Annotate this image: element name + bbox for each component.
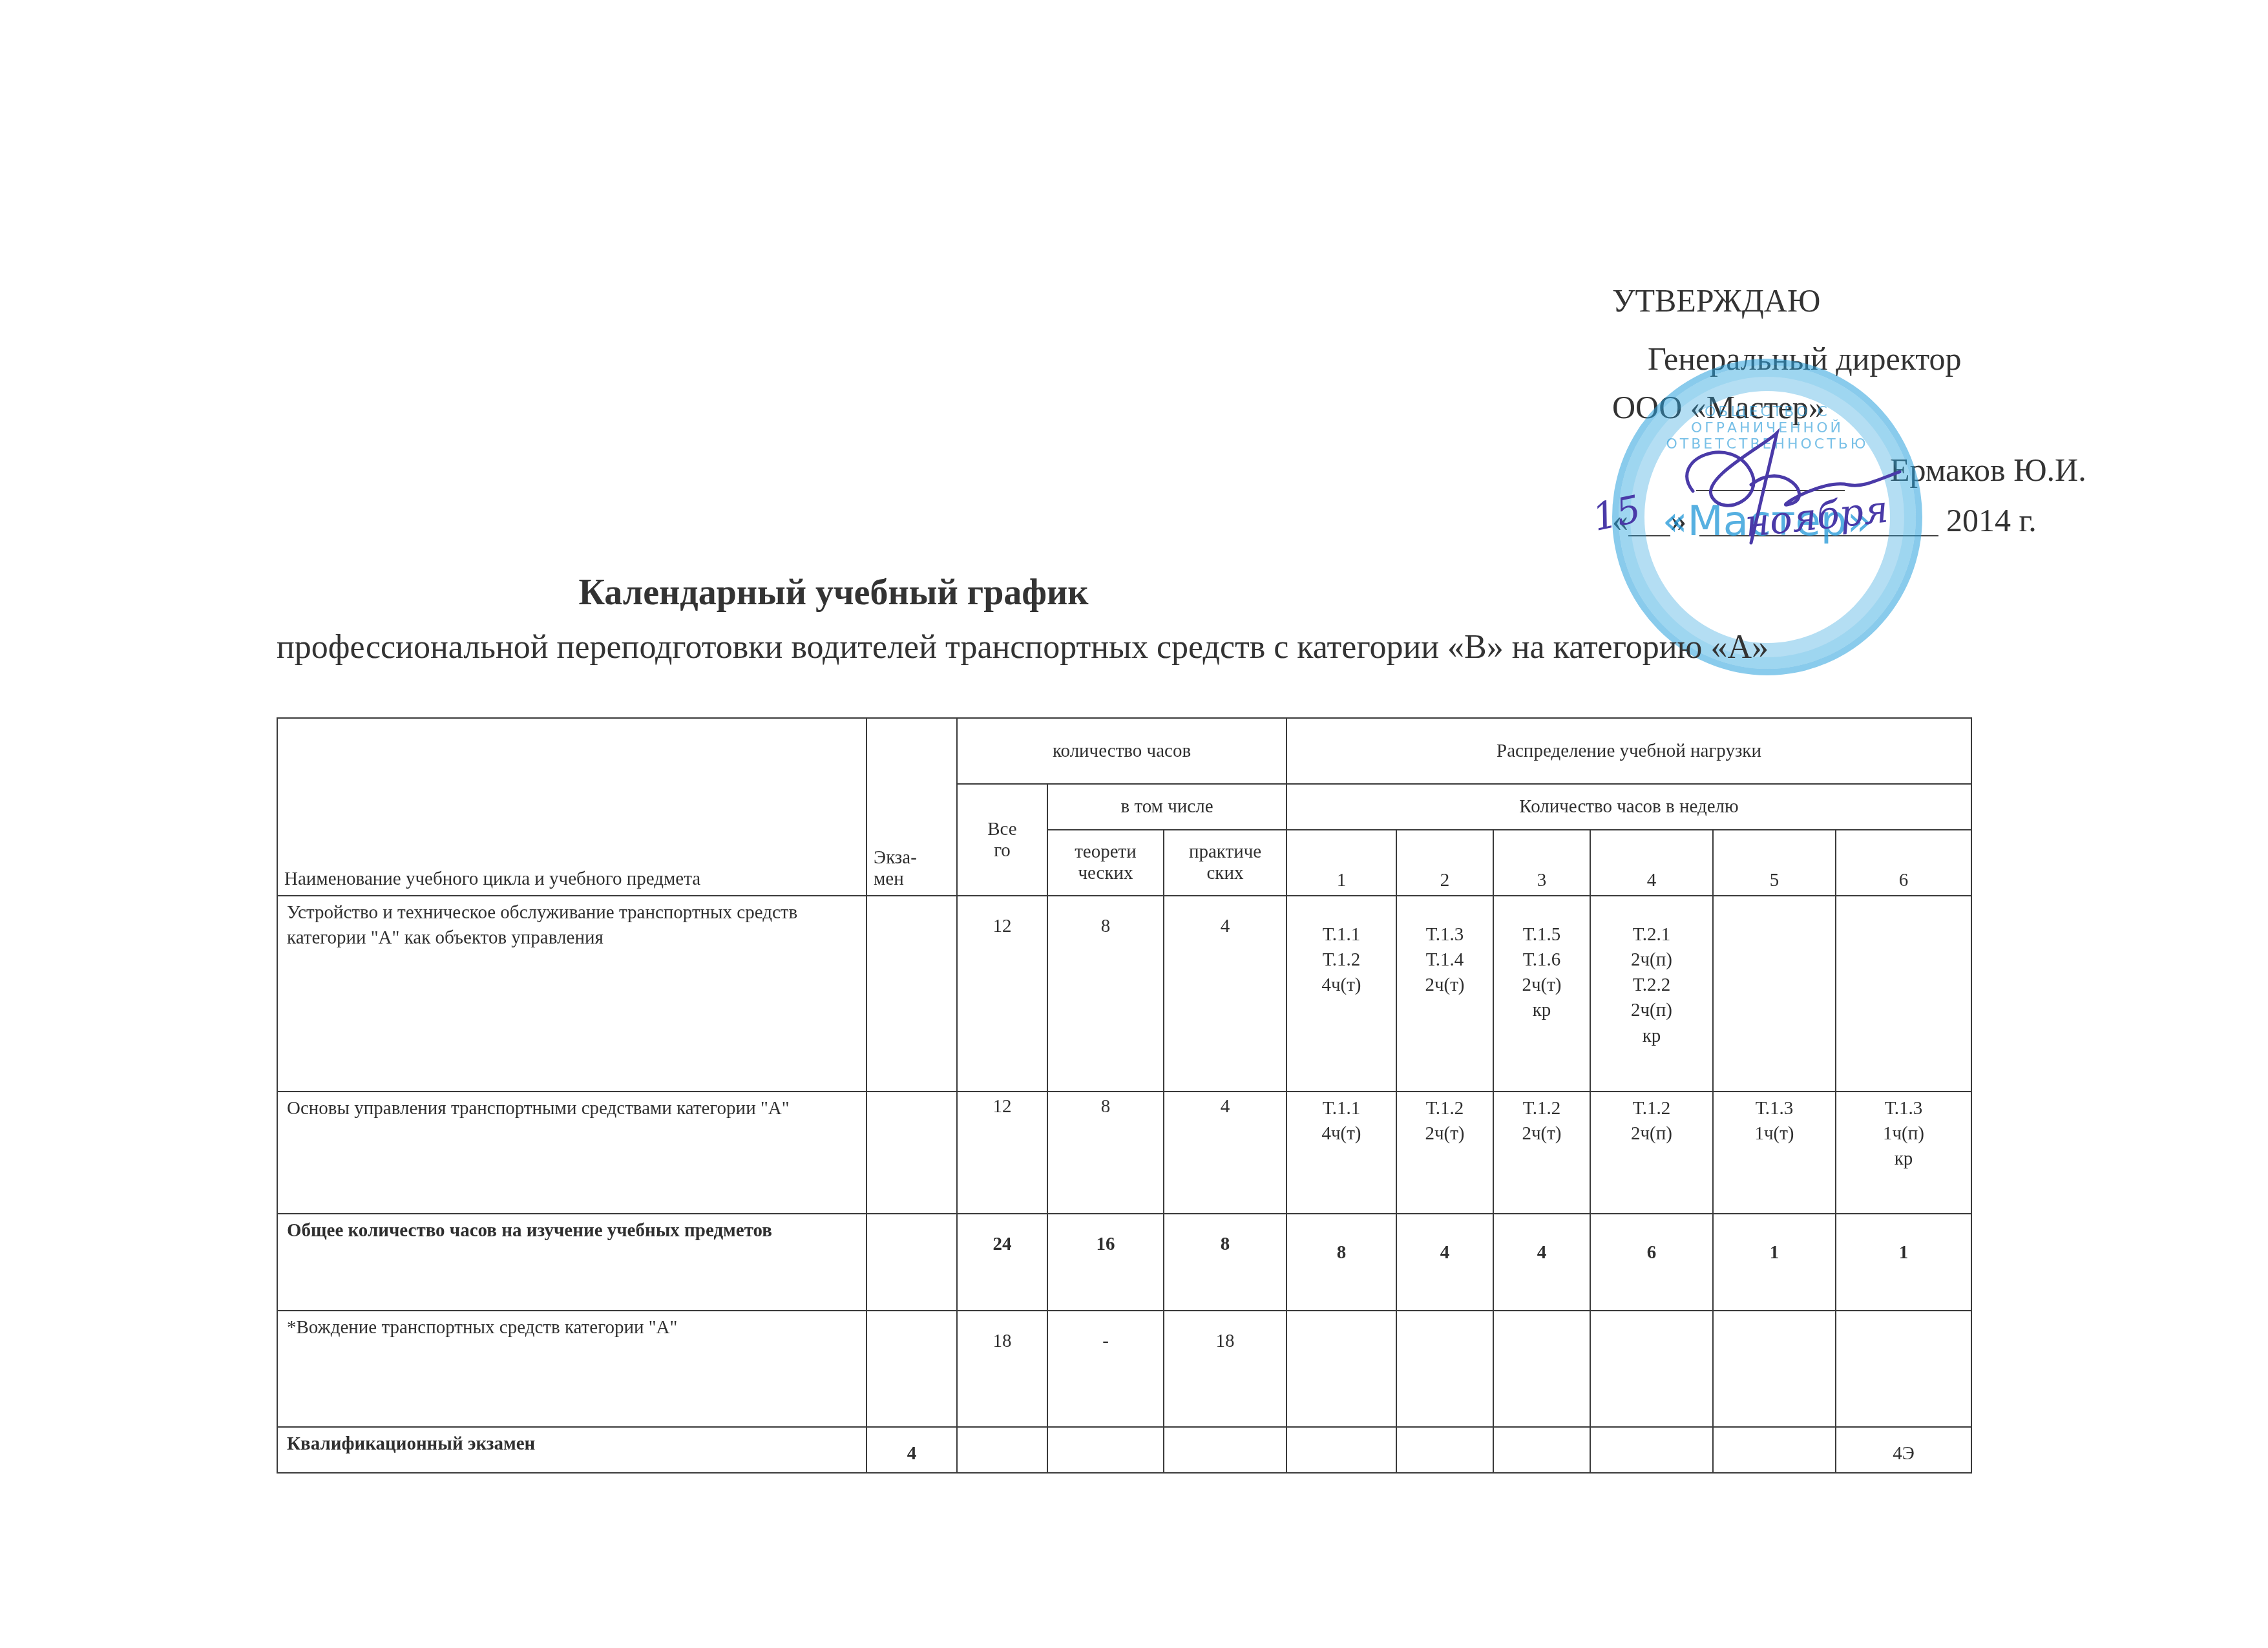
week-entry: 8 — [1287, 1240, 1396, 1265]
row-week-1: Т.1.14ч(т) — [1286, 1092, 1396, 1214]
table-row: Устройство и техническое обслуживание тр… — [277, 896, 1971, 1092]
table-row: Квалификационный экзамен44Э — [277, 1427, 1971, 1473]
week-entry: Т.1.3 — [1714, 1096, 1835, 1121]
row-week-4: 6 — [1590, 1214, 1713, 1311]
row-theory — [1047, 1427, 1164, 1473]
row-week-2: Т.1.22ч(т) — [1396, 1092, 1493, 1214]
row-week-5 — [1713, 1311, 1836, 1427]
row-week-6: 1 — [1836, 1214, 1971, 1311]
row-week-4 — [1590, 1311, 1713, 1427]
week-entry: 4 — [1397, 1240, 1493, 1265]
row-total: 12 — [957, 896, 1047, 1092]
row-exam — [866, 1311, 957, 1427]
approval-title: УТВЕРЖДАЮ — [1612, 284, 1820, 317]
week-entry: 2ч(т) — [1494, 1121, 1590, 1146]
week-entry: Т.2.1 — [1591, 922, 1712, 947]
approval-signatory: Ермаков Ю.И. — [1890, 454, 2086, 486]
table-row: Общее количество часов на изучение учебн… — [277, 1214, 1971, 1311]
week-entry: Т.1.3 — [1836, 1096, 1971, 1121]
row-week-4 — [1590, 1427, 1713, 1473]
date-close-quote: » — [1670, 504, 1686, 536]
date-day-line — [1628, 507, 1670, 536]
week-entry: Т.2.2 — [1591, 973, 1712, 998]
week-entry: 1ч(т) — [1714, 1121, 1835, 1146]
schedule-table: Наименование учебного цикла и учебного п… — [277, 717, 1972, 1474]
week-entry: Т.1.4 — [1397, 947, 1493, 973]
approval-date: «»2014 г. — [1612, 504, 2037, 536]
week-entry: 1 — [1714, 1240, 1835, 1265]
week-entry: кр — [1591, 1024, 1712, 1049]
table-row: Основы управления транспортными средства… — [277, 1092, 1971, 1214]
header-subject: Наименование учебного цикла и учебного п… — [277, 718, 866, 896]
row-exam — [866, 896, 957, 1092]
week-entry: 2ч(т) — [1494, 973, 1590, 998]
row-theory: - — [1047, 1311, 1164, 1427]
row-exam — [866, 1214, 957, 1311]
approval-role: Генеральный директор — [1648, 343, 1961, 375]
row-theory: 8 — [1047, 896, 1164, 1092]
row-subject: Основы управления транспортными средства… — [277, 1092, 866, 1214]
table-row: *Вождение транспортных средств категории… — [277, 1311, 1971, 1427]
row-week-3: 4 — [1493, 1214, 1590, 1311]
week-entry: Т.1.1 — [1287, 922, 1396, 947]
signature-line — [1696, 490, 1845, 491]
week-entry: Т.1.3 — [1397, 922, 1493, 947]
row-subject: Общее количество часов на изучение учебн… — [277, 1214, 866, 1311]
week-entry: 4Э — [1893, 1443, 1915, 1464]
week-entry: Т.1.1 — [1287, 1096, 1396, 1121]
header-hours-per-week: Количество часов в неделю — [1286, 784, 1971, 830]
row-week-1: 8 — [1286, 1214, 1396, 1311]
date-year: 2014 г. — [1946, 502, 2037, 538]
approval-organization: ООО «Мастер» — [1612, 391, 1825, 423]
row-practice: 4 — [1164, 896, 1286, 1092]
week-entry: Т.1.2 — [1397, 1096, 1493, 1121]
row-week-5 — [1713, 896, 1836, 1092]
row-week-5: Т.1.31ч(т) — [1713, 1092, 1836, 1214]
header-practice: практиче ских — [1164, 830, 1286, 896]
header-week-1: 1 — [1286, 830, 1396, 896]
header-including: в том числе — [1047, 784, 1286, 830]
week-entry: Т.1.2 — [1591, 1096, 1712, 1121]
week-entry: 2ч(т) — [1397, 973, 1493, 998]
week-entry: Т.1.6 — [1494, 947, 1590, 973]
header-week-5: 5 — [1713, 830, 1836, 896]
row-week-1 — [1286, 1311, 1396, 1427]
row-practice: 8 — [1164, 1214, 1286, 1311]
row-week-2: 4 — [1396, 1214, 1493, 1311]
week-entry: Т.1.5 — [1494, 922, 1590, 947]
week-entry: 4ч(т) — [1287, 973, 1396, 998]
week-entry: кр — [1836, 1146, 1971, 1172]
week-entry: 2ч(п) — [1591, 947, 1712, 973]
row-total: 12 — [957, 1092, 1047, 1214]
row-total: 18 — [957, 1311, 1047, 1427]
row-week-6 — [1836, 1311, 1971, 1427]
row-practice: 18 — [1164, 1311, 1286, 1427]
row-week-3 — [1493, 1311, 1590, 1427]
header-total: Все го — [957, 784, 1047, 896]
week-entry: 1ч(п) — [1836, 1121, 1971, 1146]
row-week-4: Т.1.22ч(п) — [1590, 1092, 1713, 1214]
week-entry: 4ч(т) — [1287, 1121, 1396, 1146]
row-week-6: 4Э — [1836, 1427, 1971, 1473]
week-entry: 2ч(п) — [1591, 1121, 1712, 1146]
week-entry: 2ч(т) — [1397, 1121, 1493, 1146]
week-entry: 2ч(п) — [1591, 998, 1712, 1023]
row-week-2 — [1396, 1311, 1493, 1427]
row-exam — [866, 1092, 957, 1214]
date-open-quote: « — [1612, 504, 1628, 536]
row-practice — [1164, 1427, 1286, 1473]
row-theory: 8 — [1047, 1092, 1164, 1214]
week-entry: Т.1.2 — [1494, 1096, 1590, 1121]
row-week-3 — [1493, 1427, 1590, 1473]
header-theory: теорети ческих — [1047, 830, 1164, 896]
week-entry: 6 — [1591, 1240, 1712, 1265]
row-week-6: Т.1.31ч(п)кр — [1836, 1092, 1971, 1214]
document-subtitle: профессиональной переподготовки водителе… — [277, 628, 1769, 666]
header-week-4: 4 — [1590, 830, 1713, 896]
row-week-6 — [1836, 896, 1971, 1092]
row-week-4: Т.2.12ч(п)Т.2.22ч(п)кр — [1590, 896, 1713, 1092]
row-week-5: 1 — [1713, 1214, 1836, 1311]
row-total — [957, 1427, 1047, 1473]
row-subject: *Вождение транспортных средств категории… — [277, 1311, 866, 1427]
date-month-line — [1699, 507, 1938, 536]
row-subject: Устройство и техническое обслуживание тр… — [277, 896, 866, 1092]
row-exam: 4 — [866, 1427, 957, 1473]
row-subject: Квалификационный экзамен — [277, 1427, 866, 1473]
week-entry: кр — [1494, 998, 1590, 1023]
row-week-3: Т.1.22ч(т) — [1493, 1092, 1590, 1214]
row-week-2 — [1396, 1427, 1493, 1473]
row-week-5 — [1713, 1427, 1836, 1473]
week-entry: 4 — [1494, 1240, 1590, 1265]
header-exam: Экза- мен — [866, 718, 957, 896]
header-week-3: 3 — [1493, 830, 1590, 896]
row-week-3: Т.1.5Т.1.62ч(т)кр — [1493, 896, 1590, 1092]
header-week-2: 2 — [1396, 830, 1493, 896]
row-total: 24 — [957, 1214, 1047, 1311]
week-entry: 1 — [1836, 1240, 1971, 1265]
row-week-2: Т.1.3Т.1.42ч(т) — [1396, 896, 1493, 1092]
row-theory: 16 — [1047, 1214, 1164, 1311]
header-hours-group: количество часов — [957, 718, 1286, 784]
row-week-1: Т.1.1Т.1.24ч(т) — [1286, 896, 1396, 1092]
document-title: Календарный учебный график — [0, 572, 1667, 613]
week-entry: Т.1.2 — [1287, 947, 1396, 973]
row-week-1 — [1286, 1427, 1396, 1473]
row-practice: 4 — [1164, 1092, 1286, 1214]
header-distribution: Распределение учебной нагрузки — [1286, 718, 1971, 784]
header-week-6: 6 — [1836, 830, 1971, 896]
